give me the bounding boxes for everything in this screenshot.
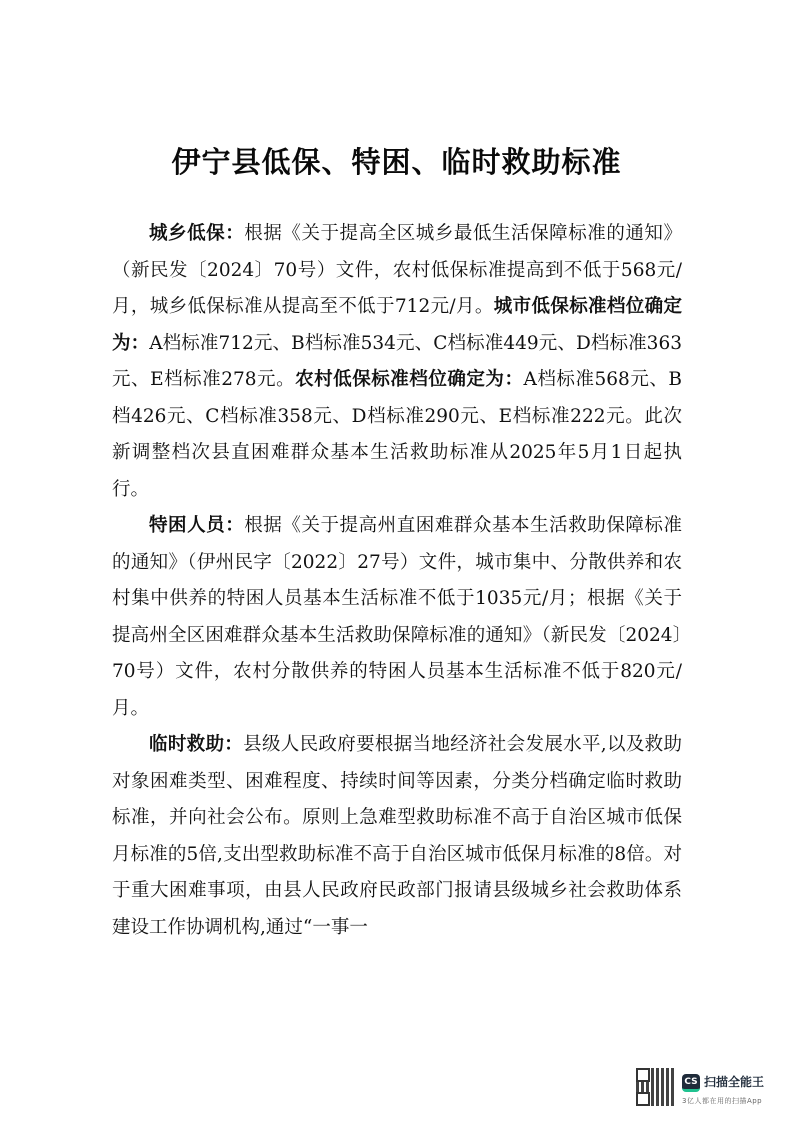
- camscanner-logo-icon: CS: [682, 1074, 700, 1092]
- paragraph-text: 县级人民政府要根据当地经济社会发展水平,以及救助对象困难类型、困难程度、持续时间…: [112, 734, 682, 938]
- document-title: 伊宁县低保、特困、临时救助标准: [0, 140, 793, 181]
- section-heading: 城乡低保：: [149, 223, 244, 244]
- document-body: 城乡低保：根据《关于提高全区城乡最低生活保障标准的通知》（新民发〔2024〕70…: [112, 216, 682, 946]
- section-temporary-aid: 临时救助：县级人民政府要根据当地经济社会发展水平,以及救助对象困难类型、困难程度…: [112, 727, 682, 946]
- section-tekun: 特困人员：根据《关于提高州直困难群众基本生活救助保障标准的通知》（伊州民字〔20…: [112, 508, 682, 727]
- paragraph-bold-text: 农村低保标准档位确定为：: [295, 369, 523, 390]
- section-heading: 临时救助：: [149, 734, 243, 755]
- section-heading: 特困人员：: [149, 515, 244, 536]
- watermark-brand: 扫描全能王: [704, 1073, 764, 1090]
- scanner-watermark: CS 扫描全能王 3亿人都在用的扫描App: [636, 1068, 786, 1110]
- watermark-tagline: 3亿人都在用的扫描App: [682, 1096, 762, 1106]
- paragraph-text: 根据《关于提高州直困难群众基本生活救助保障标准的通知》（伊州民字〔2022〕27…: [112, 515, 682, 719]
- section-urban-rural-dibao: 城乡低保：根据《关于提高全区城乡最低生活保障标准的通知》（新民发〔2024〕70…: [112, 216, 682, 508]
- qr-code-icon: [636, 1068, 674, 1106]
